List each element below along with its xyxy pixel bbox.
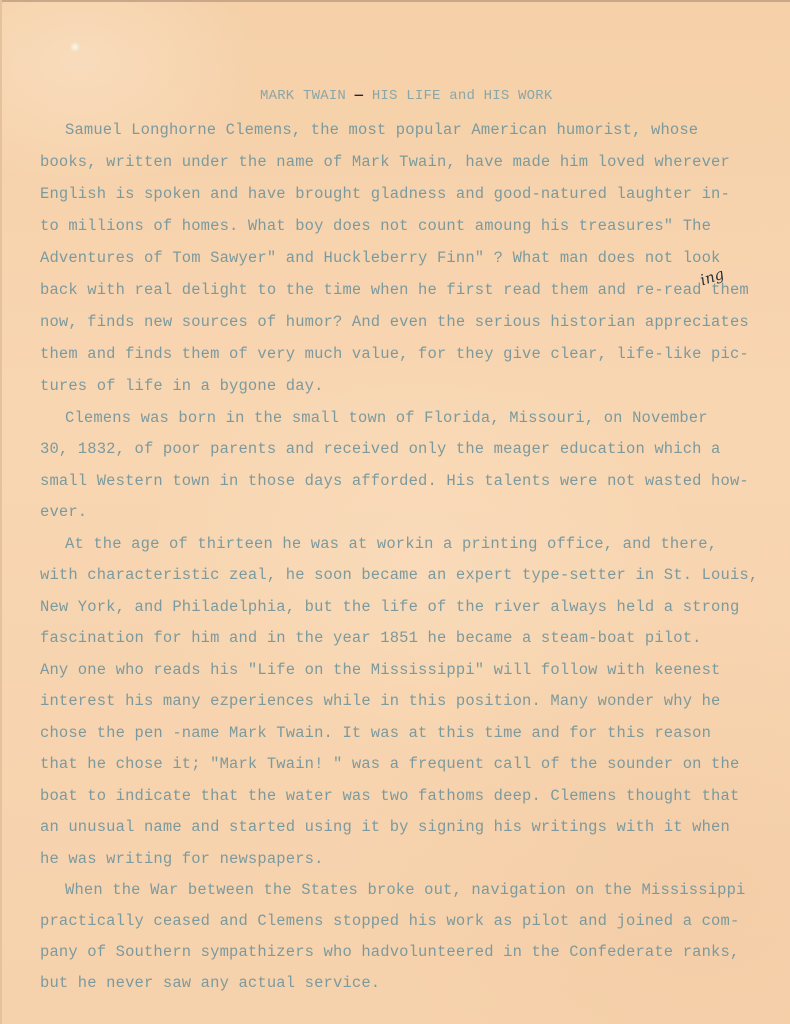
- text-line: Samuel Longhorne Clemens, the most popul…: [65, 121, 698, 139]
- text-line: ever.: [40, 503, 87, 521]
- text-line: with characteristic zeal, he soon became…: [40, 566, 758, 584]
- text-line: back with real delight to the time when …: [40, 281, 749, 299]
- text-line: pany of Southern sympathizers who hadvol…: [40, 943, 739, 961]
- text-line: he was writing for newspapers.: [40, 850, 324, 868]
- text-line: them and finds them of very much value, …: [40, 345, 749, 363]
- text-line: chose the pen -name Mark Twain. It was a…: [40, 724, 711, 742]
- text-line: to millions of homes. What boy does not …: [40, 217, 711, 235]
- title-dash: —: [355, 88, 364, 104]
- title-text-after: HIS LIFE and HIS WORK: [363, 88, 552, 104]
- text-line: New York, and Philadelphia, but the life…: [40, 598, 739, 616]
- text-line: boat to indicate that the water was two …: [40, 787, 739, 805]
- text-line: fascination for him and in the year 1851…: [40, 629, 702, 647]
- text-line: Adventures of Tom Sawyer" and Huckleberr…: [40, 249, 721, 267]
- document-title: MARK TWAIN — HIS LIFE and HIS WORK: [260, 88, 552, 104]
- title-text-before: MARK TWAIN: [260, 88, 355, 104]
- text-line: At the age of thirteen he was at workin …: [65, 535, 717, 553]
- text-line: 30, 1832, of poor parents and received o…: [40, 440, 721, 458]
- text-line: When the War between the States broke ou…: [65, 881, 746, 899]
- text-line: books, written under the name of Mark Tw…: [40, 153, 730, 171]
- text-line: Clemens was born in the small town of Fl…: [65, 409, 708, 427]
- typewritten-page: MARK TWAIN — HIS LIFE and HIS WORK Samue…: [0, 0, 790, 1024]
- text-line: tures of life in a bygone day.: [40, 377, 324, 395]
- text-line: practically ceased and Clemens stopped h…: [40, 912, 739, 930]
- text-line: an unusual name and started using it by …: [40, 818, 730, 836]
- text-line: Any one who reads his "Life on the Missi…: [40, 661, 721, 679]
- text-line: now, finds new sources of humor? And eve…: [40, 313, 749, 331]
- text-line: that he chose it; "Mark Twain! " was a f…: [40, 755, 739, 773]
- text-line: English is spoken and have brought gladn…: [40, 185, 730, 203]
- text-line: but he never saw any actual service.: [40, 974, 380, 992]
- text-line: interest his many ezperiences while in t…: [40, 692, 721, 710]
- text-line: small Western town in those days afforde…: [40, 472, 749, 490]
